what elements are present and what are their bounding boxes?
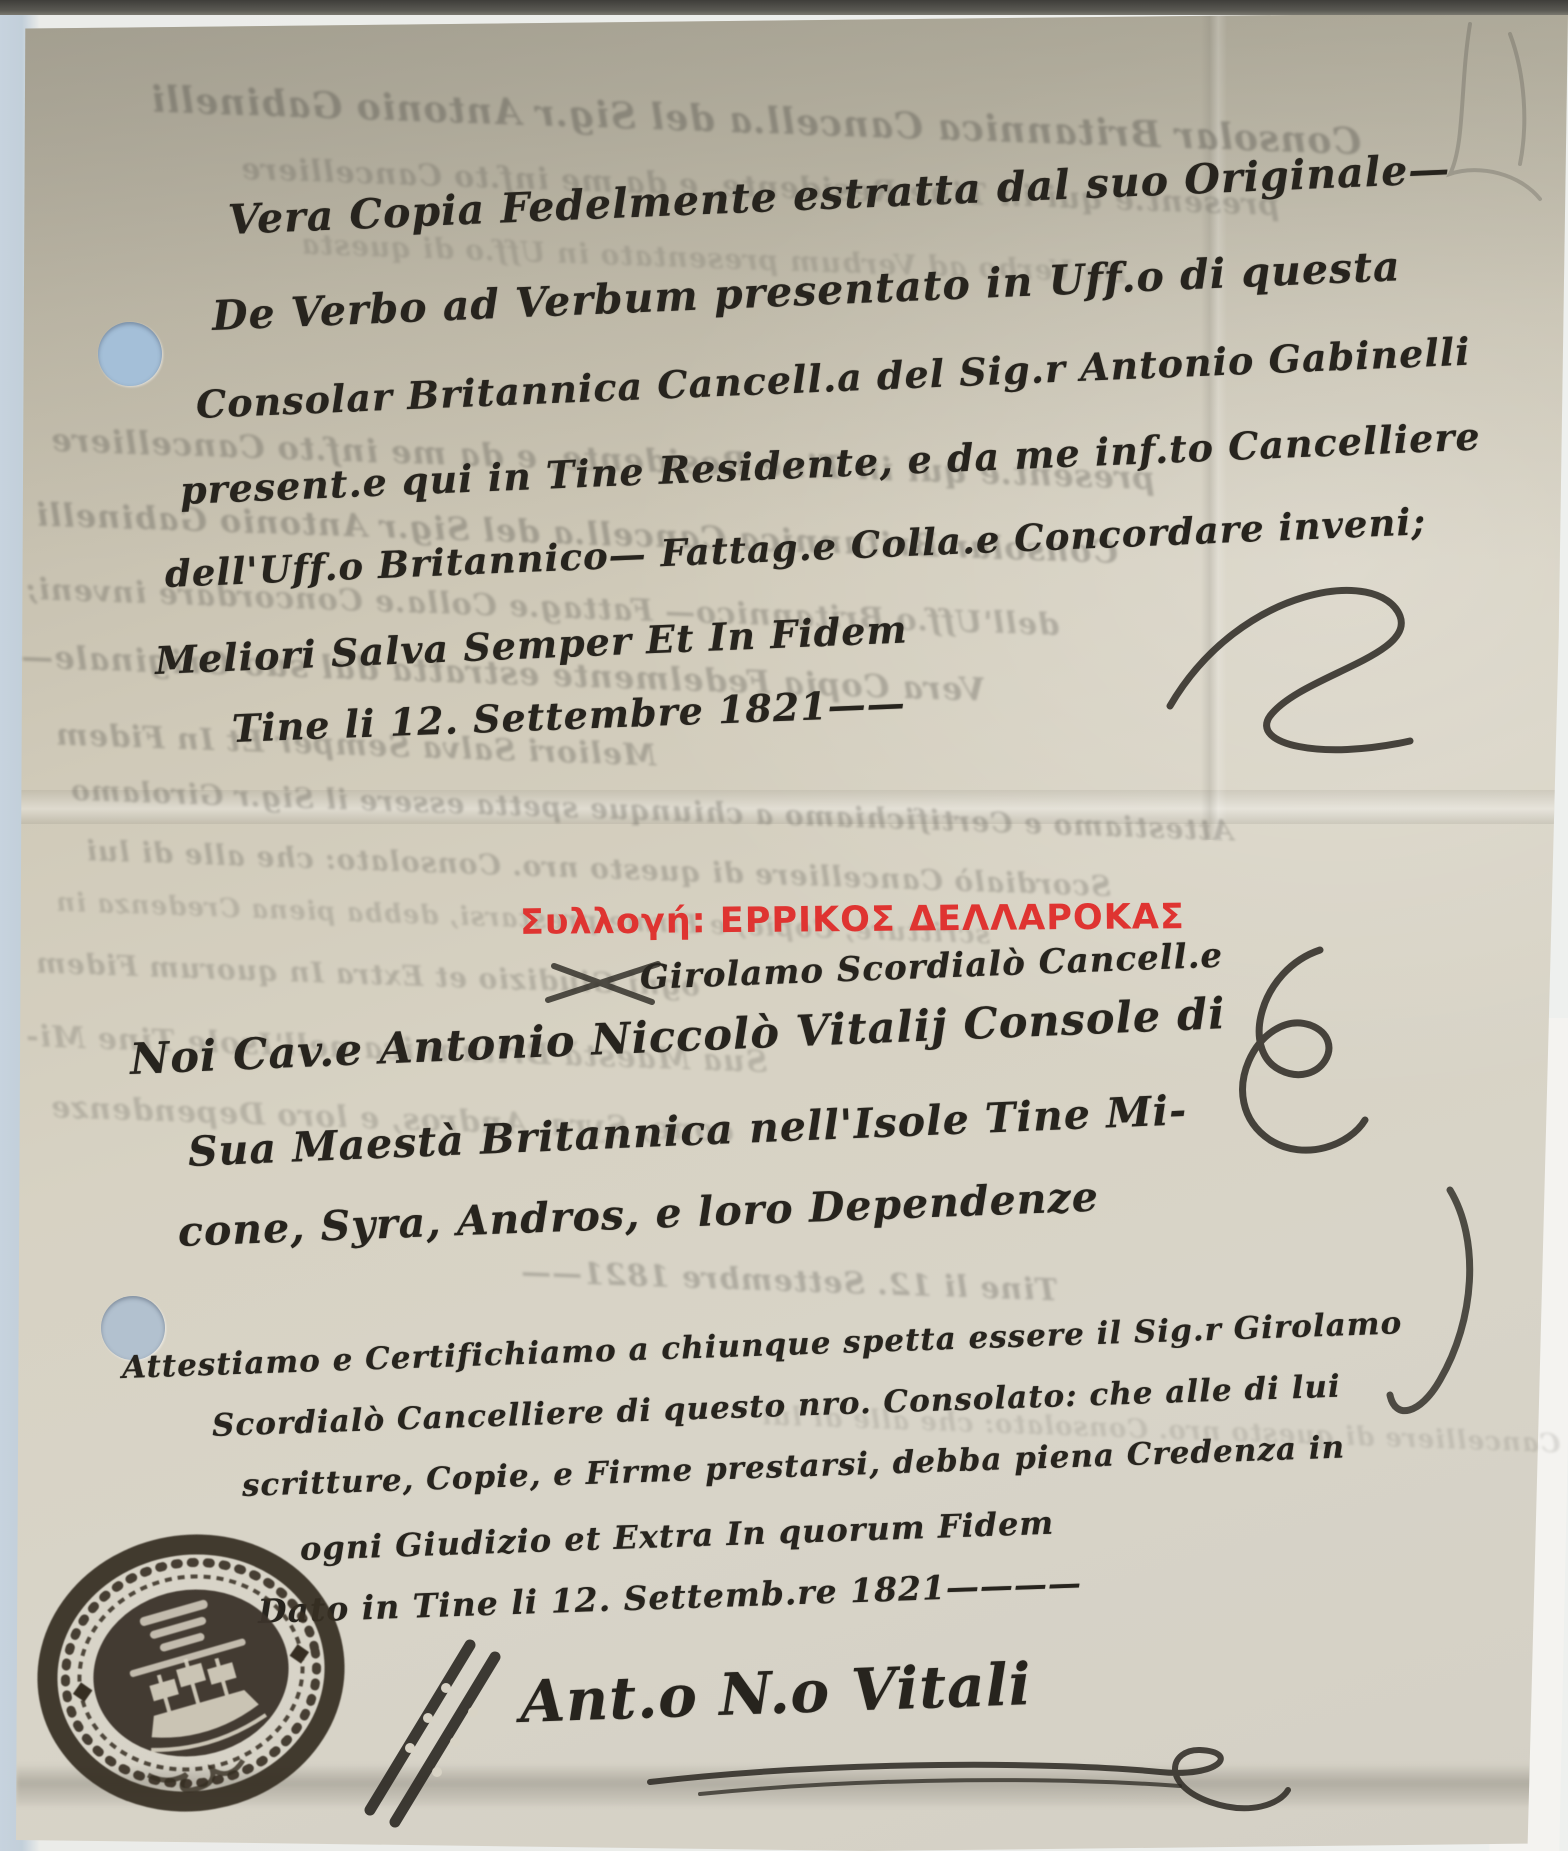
consular-ship-seal [13, 1503, 369, 1842]
punch-hole-top [98, 322, 162, 386]
collection-watermark: Συλλογή: ΕΡΡΙΚΟΣ ΔΕΛΛΑΡΟΚΑΣ [520, 897, 1185, 943]
document-photo: Consolar Britannica Cancell.a del Sig.r … [0, 0, 1568, 1851]
photo-top-edge [0, 0, 1568, 15]
fold-crease [16, 790, 1568, 824]
